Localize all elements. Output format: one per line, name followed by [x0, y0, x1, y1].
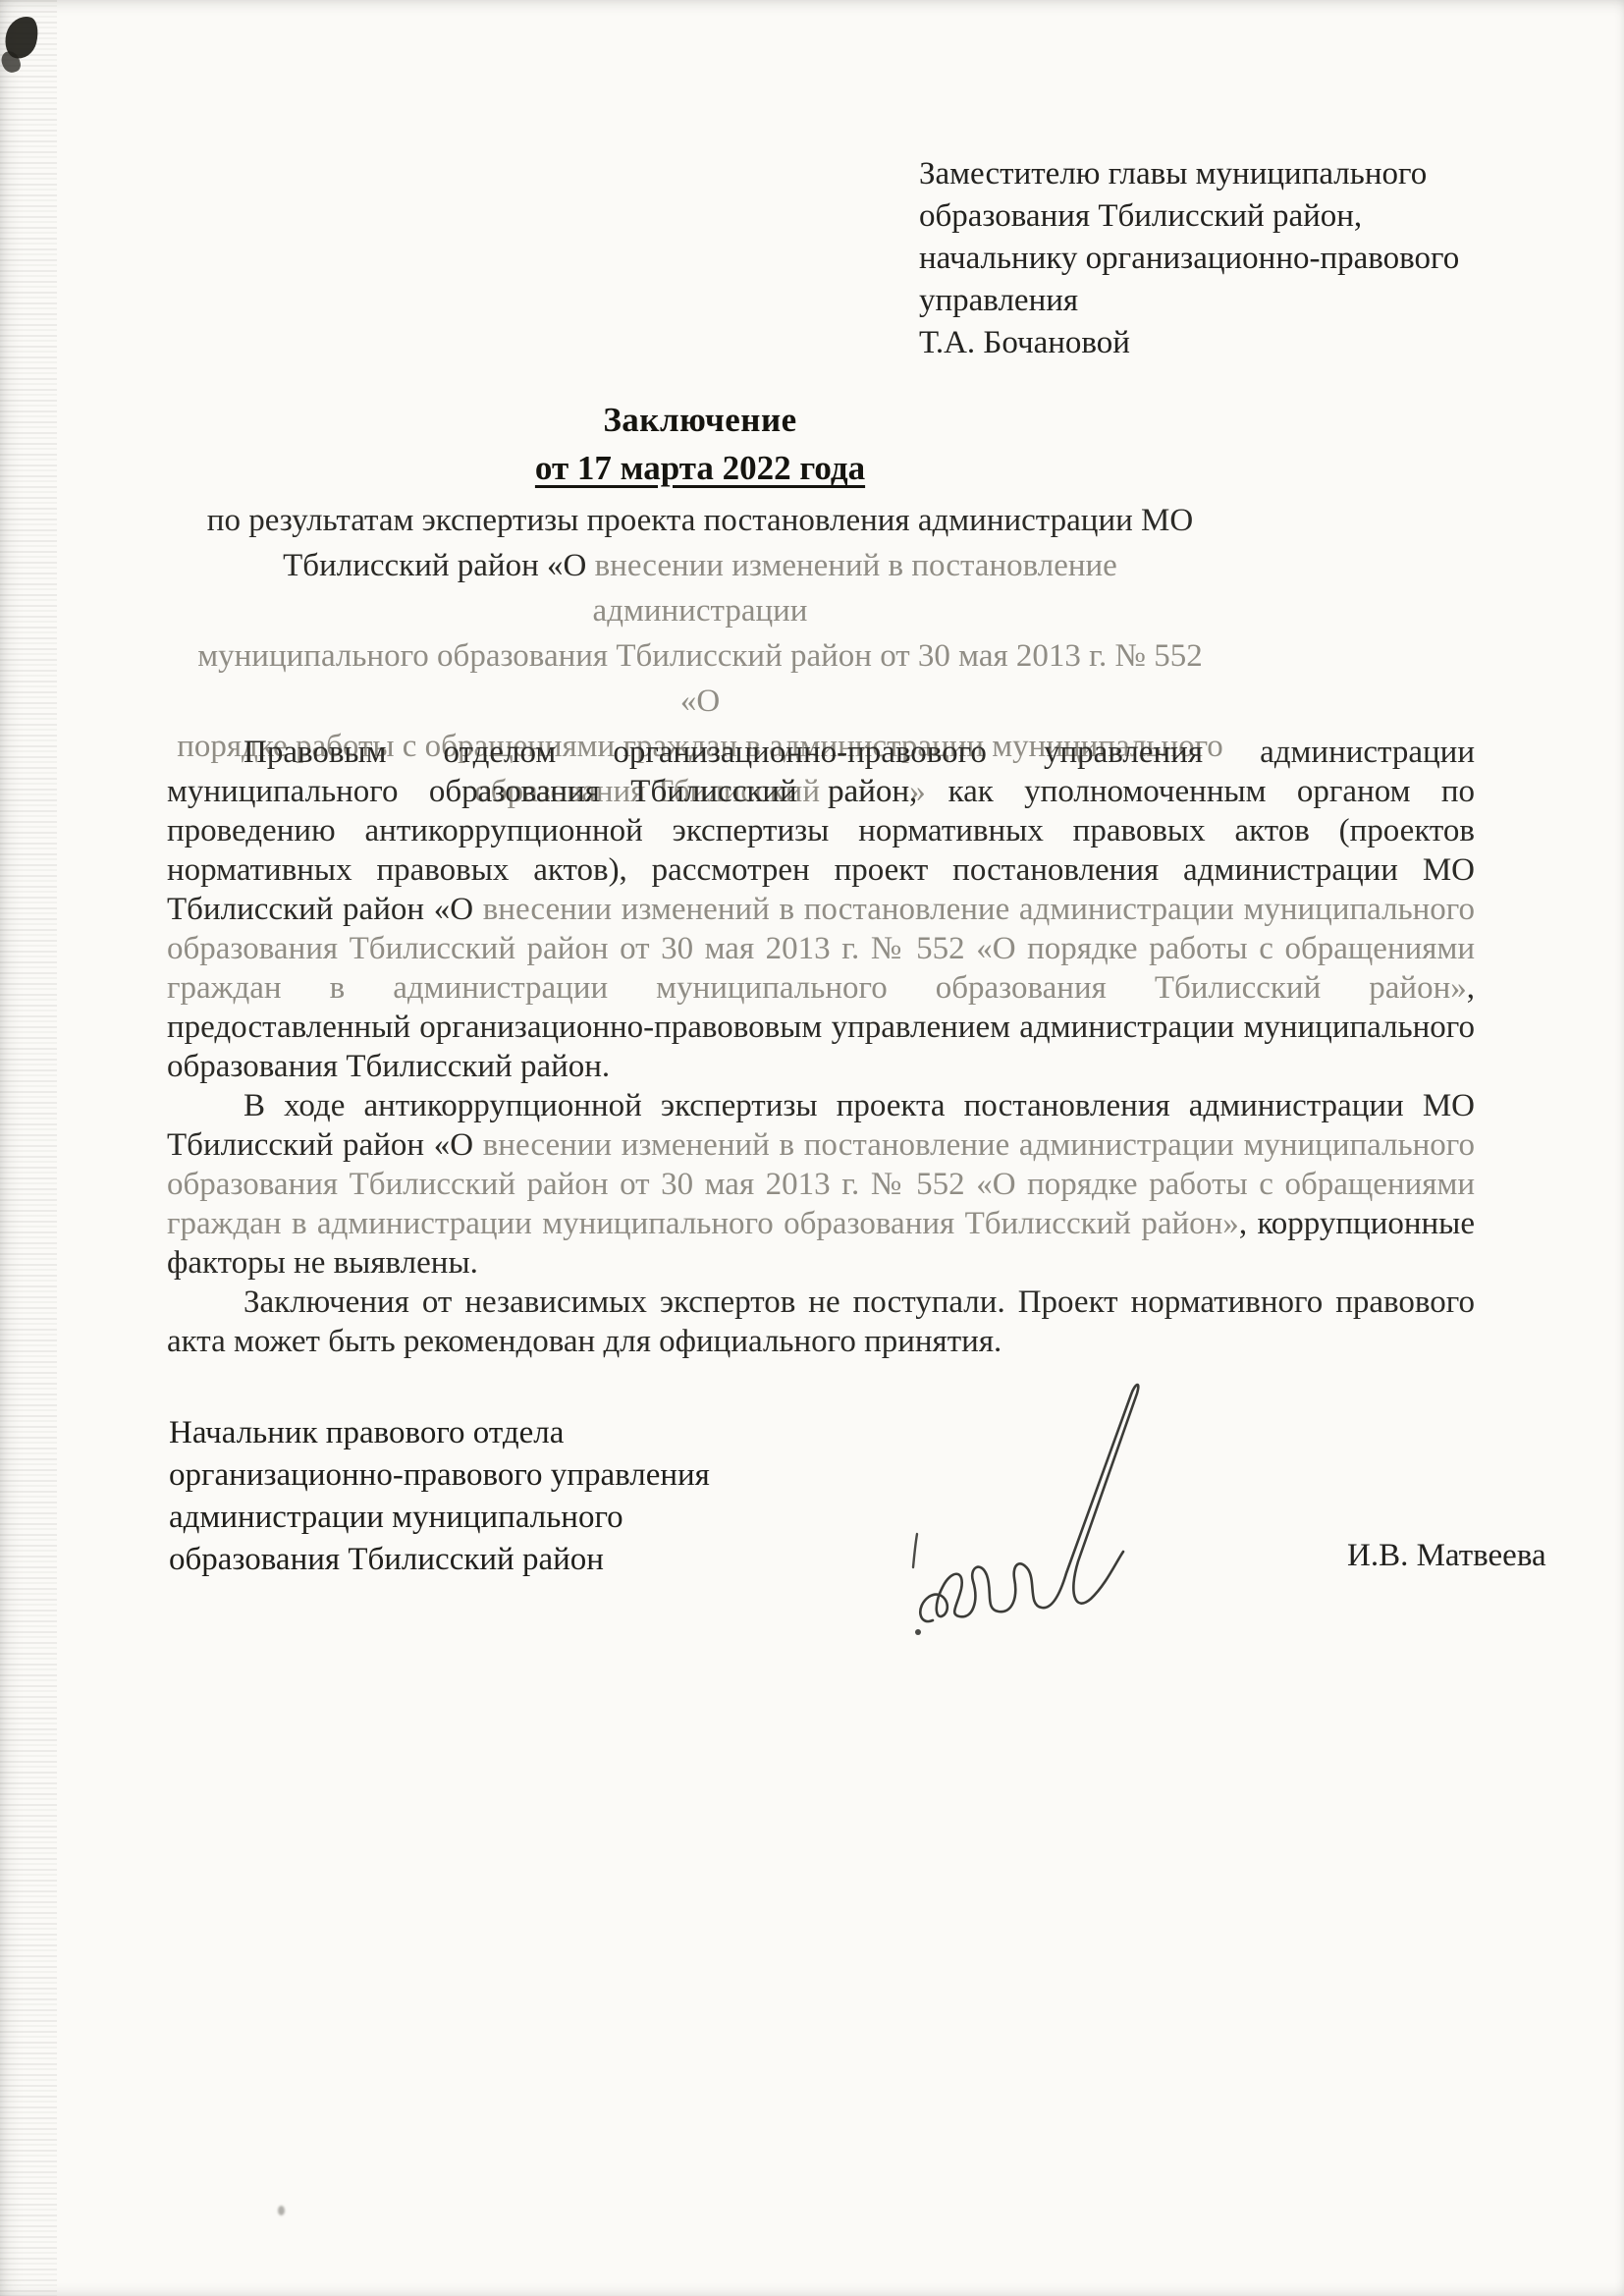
paragraph-2: В ходе антикоррупционной экспертизы прое… [167, 1086, 1475, 1283]
signer-name: И.В. Матвеева [1347, 1538, 1546, 1574]
handwritten-signature [903, 1367, 1198, 1642]
addressee-line: Заместителю главы муниципального [919, 153, 1528, 195]
signature-scrawl-icon [903, 1367, 1198, 1642]
signer-position-line: Начальник правового отдела [169, 1412, 710, 1454]
paragraph-3: Заключения от независимых экспертов не п… [167, 1283, 1475, 1361]
paragraph-1: Правовым отделом организационно-правовог… [167, 733, 1475, 1086]
paragraph-text: Заключения от независимых экспертов не п… [167, 1285, 1475, 1359]
subtitle-text-faded: внесении изменений в постановление админ… [586, 548, 1117, 629]
addressee-line: образования Тбилисский район, [919, 195, 1528, 238]
addressee-line: начальнику организационно-правового [919, 238, 1528, 280]
document-title: Заключение [175, 401, 1225, 440]
signer-position-line: администрации муниципального [169, 1497, 710, 1539]
signer-position-line: организационно-правового управления [169, 1454, 710, 1497]
document-date: от 17 марта 2022 года [535, 449, 865, 488]
signer-position-block: Начальник правового отдела организационн… [169, 1412, 710, 1581]
scanned-document-page: Заместителю главы муниципального образов… [0, 0, 1624, 2296]
subtitle-text: Тбилисский район «О [283, 548, 586, 583]
subtitle-text-faded: муниципального образования Тбилисский ра… [197, 638, 1202, 719]
addressee-line: управления [919, 280, 1528, 322]
subtitle-line: по результатам экспертизы проекта постан… [175, 498, 1225, 543]
subtitle-line: Тбилисский район «О внесении изменений в… [175, 543, 1225, 633]
signer-position-line: образования Тбилисский район [169, 1539, 710, 1581]
addressee-block: Заместителю главы муниципального образов… [919, 153, 1528, 364]
scan-edge-noise [0, 0, 57, 2296]
addressee-line: Т.А. Бочановой [919, 322, 1528, 364]
document-body: Правовым отделом организационно-правовог… [167, 733, 1475, 1361]
subtitle-line: муниципального образования Тбилисский ра… [175, 633, 1225, 724]
subtitle-text: по результатам экспертизы проекта постан… [207, 503, 1193, 538]
scan-speck [278, 2206, 285, 2215]
